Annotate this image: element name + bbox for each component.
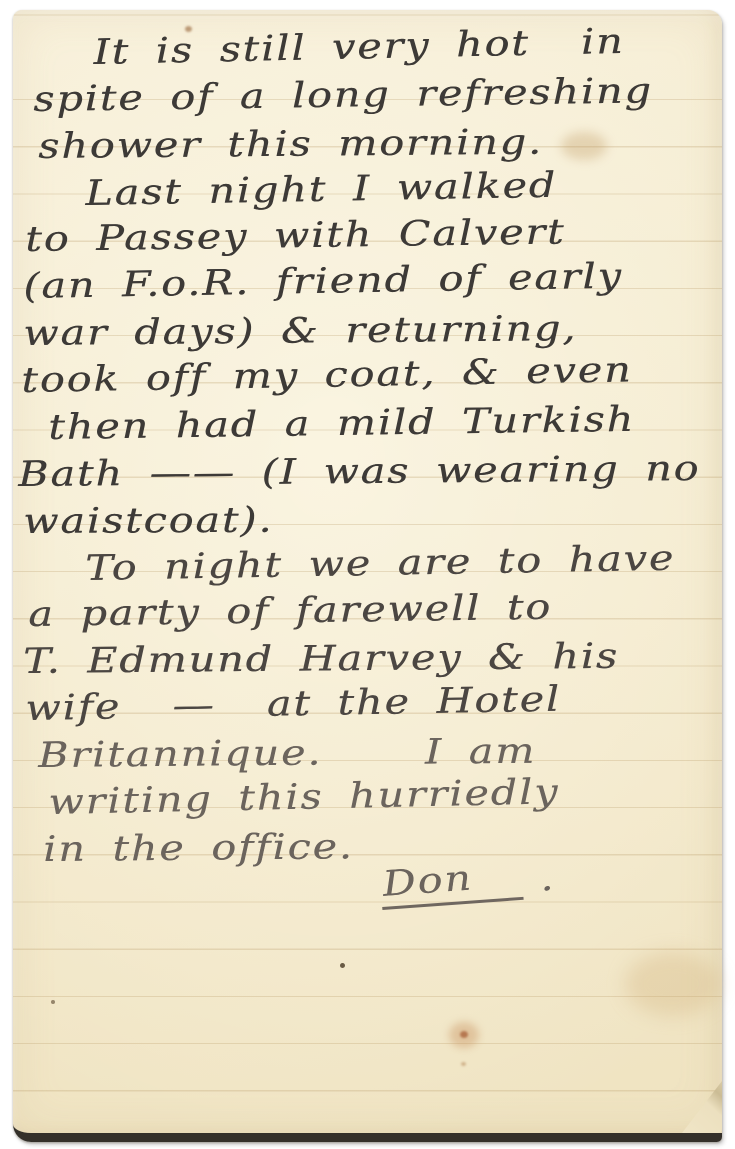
signature-line: Don. [381, 862, 556, 910]
handwriting-line: Last night I walked [85, 169, 557, 212]
handwriting-line: waistcoat). [23, 504, 273, 540]
smudge-upper-right-stain [561, 132, 607, 160]
letter-card: It is still very hot inspite of a long r… [13, 10, 722, 1142]
handwriting-line: a party of farewell to [28, 591, 552, 633]
handwriting-line: spite of a long refreshing [33, 74, 653, 118]
handwriting-layer: It is still very hot inspite of a long r… [13, 10, 722, 1133]
speck-below-stain [461, 1062, 466, 1066]
handwriting-line: Britannique. I am [38, 735, 536, 774]
handwriting-line: (an F.o.R. friend of early [23, 260, 623, 305]
handwriting-line: writing this hurriedly [48, 775, 560, 821]
handwriting-line: to Passey with Calvert [25, 215, 566, 258]
handwriting-line: T. Edmund Harvey & his [23, 640, 619, 680]
tan-patch-right-stain [625, 952, 720, 1016]
signature-period: . [539, 859, 555, 900]
ruled-lines [13, 10, 722, 1133]
small-dot-top-stain [185, 26, 192, 32]
foxing-spot-stain [449, 1022, 479, 1048]
handwriting-line: To night we are to have [85, 542, 675, 587]
handwriting-line: war days) & returning, [23, 312, 577, 352]
handwriting-line: shower this morning. [38, 126, 543, 165]
speck-mid-low-stain [340, 963, 345, 968]
speck-left-low-stain [51, 1000, 55, 1004]
foxing-spot-core-stain [460, 1031, 468, 1038]
signature-underline: Don [379, 858, 524, 910]
corner-fold [682, 1081, 722, 1133]
handwriting-line: took off my coat, & even [21, 353, 633, 399]
handwriting-line: wife — at the Hotel [25, 683, 561, 727]
handwriting-line: It is still very hot in [93, 25, 625, 71]
handwriting-line: then had a mild Turkish [48, 403, 635, 446]
handwriting-line: in the office. [43, 830, 354, 868]
handwriting-line: Bath —— (I was wearing no [18, 452, 700, 493]
